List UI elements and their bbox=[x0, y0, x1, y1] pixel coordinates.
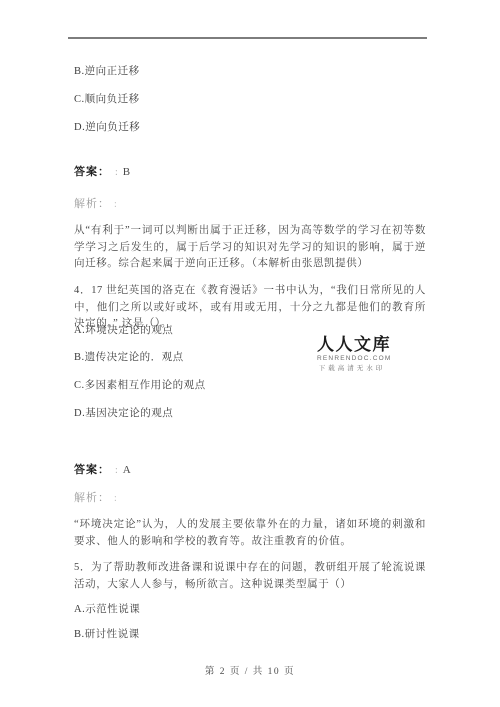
page-number-indicator: 第 2 页 / 共 10 页 bbox=[0, 663, 500, 677]
q4-analysis-row: 解析：: bbox=[74, 492, 426, 505]
q3-analysis-row: 解析：: bbox=[74, 198, 426, 211]
q3-analysis-separator: : bbox=[114, 199, 117, 210]
q3-answer-row: 答案：:B bbox=[74, 166, 426, 179]
watermark-tagline: 下载高清无水印 bbox=[317, 366, 387, 373]
q5-option-b: B.研讨性说课 bbox=[74, 629, 426, 641]
q3-answer-separator: : bbox=[115, 167, 118, 178]
q4-analysis-text: “环境决定论”认为，人的发展主要依靠外在的力量，诸如环境的刺激和要求、他人的影响… bbox=[74, 517, 426, 550]
q5-option-a: A.示范性说课 bbox=[74, 604, 426, 616]
q3-option-c: C.顺向负迁移 bbox=[74, 94, 426, 106]
q4-answer-separator: : bbox=[115, 465, 118, 476]
q4-analysis-label: 解析： bbox=[74, 492, 110, 504]
q4-answer-row: 答案：:A bbox=[74, 464, 426, 477]
document-page: B.逆向正迁移 C.顺向负迁移 D.逆向负迁移 答案：:B 解析：: 从“有利于… bbox=[0, 0, 500, 707]
q3-option-d: D.逆向负迁移 bbox=[74, 122, 426, 134]
q3-answer-label: 答案： bbox=[74, 166, 110, 178]
q3-analysis-text: 从“有利于”一词可以判断出属于正迁移，因为高等数学的学习在初等数学学习之后发生的… bbox=[74, 223, 426, 273]
q4-option-c: C.多因素相互作用论的观点 bbox=[74, 380, 426, 392]
watermark: 人人文库 RENRENDOC.COM 下载高清无水印 bbox=[317, 336, 387, 372]
q4-answer-value: A bbox=[123, 464, 132, 476]
q3-option-b: B.逆向正迁移 bbox=[74, 66, 426, 78]
watermark-logo-text: 人人文库 bbox=[317, 336, 387, 353]
header-divider bbox=[68, 37, 427, 39]
watermark-site-text: RENRENDOC.COM bbox=[317, 356, 387, 363]
q4-answer-label: 答案： bbox=[74, 464, 110, 476]
q4-analysis-separator: : bbox=[114, 493, 117, 504]
q3-answer-value: B bbox=[123, 166, 131, 178]
q3-analysis-label: 解析： bbox=[74, 198, 110, 210]
q5-stem: 5．为了帮助教师改进备课和说课中存在的问题，教研组开展了轮流说课活动，大家人人参… bbox=[74, 560, 426, 593]
q4-option-d: D.基因决定论的观点 bbox=[74, 408, 426, 420]
